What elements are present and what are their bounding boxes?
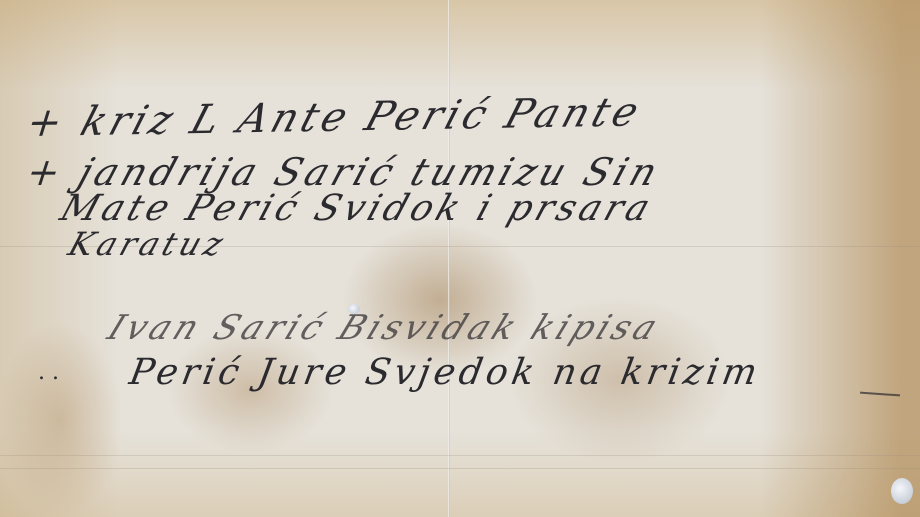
paper-ruled-line — [0, 455, 920, 456]
signature-flourish — [860, 392, 900, 397]
wax-spot-icon — [891, 478, 913, 504]
handwritten-line-3: Mate Perić Svidok i prsara — [55, 188, 658, 229]
paper-ruled-line — [0, 468, 920, 469]
document-photo: + kriz L Ante Perić Pante + jandrija Sar… — [0, 0, 920, 517]
handwritten-line-1: + kriz L Ante Perić Pante — [21, 89, 648, 146]
signature-line-scribe: Ivan Sarić Bisvidak kipisa — [102, 308, 667, 348]
margin-dots: . . — [38, 360, 59, 385]
paper-fold-line — [448, 0, 450, 517]
handwritten-line-4: Karatuz — [64, 225, 232, 263]
signature-line-witness: Perić Jure Svjedok na krizim — [126, 352, 764, 393]
